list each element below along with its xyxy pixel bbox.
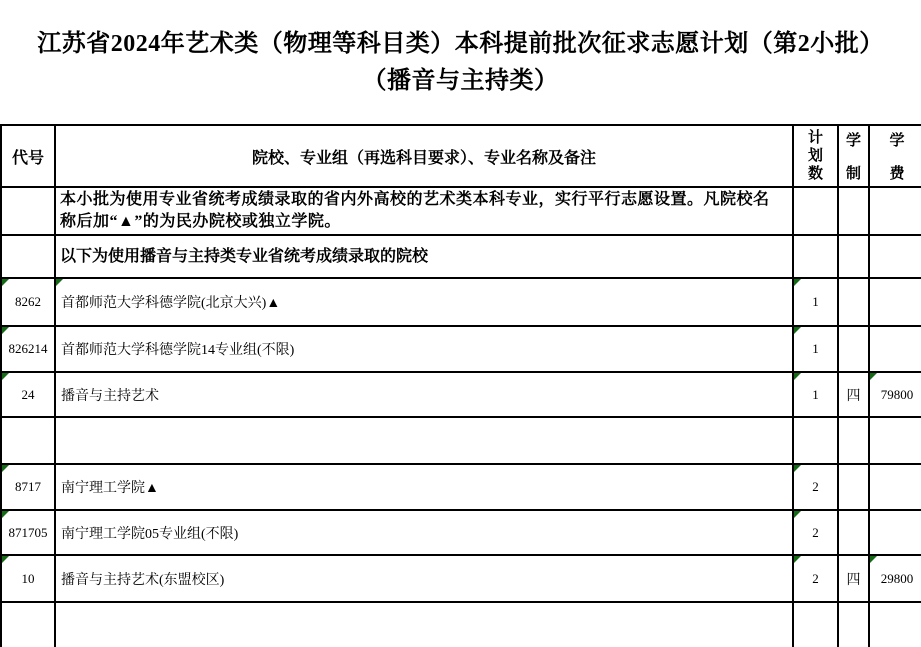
duration-cell	[838, 602, 869, 647]
code-value: 8262	[15, 294, 41, 309]
batch-note-row: 本小批为使用专业省统考成绩录取的省内外高校的艺术类本科专业，实行平行志愿设置。凡…	[1, 187, 921, 235]
duration-cell: 四	[838, 372, 869, 417]
fee-cell	[869, 602, 921, 647]
cell-flag-icon	[2, 327, 9, 334]
cell-flag-icon	[2, 279, 9, 286]
plan-cell: 2	[793, 555, 838, 602]
code-value: 826214	[9, 341, 48, 356]
cell-flag-icon	[794, 556, 801, 563]
plan-value: 1	[812, 387, 819, 402]
code-cell: 10	[1, 555, 55, 602]
cell-flag-icon	[2, 556, 9, 563]
plan-value: 2	[812, 479, 819, 494]
plan-value: 2	[812, 571, 819, 586]
plan-cell: 1	[793, 326, 838, 372]
cell-flag-icon	[794, 465, 801, 472]
code-cell: 8262	[1, 278, 55, 326]
cell-flag-icon	[794, 511, 801, 518]
fee-cell	[869, 510, 921, 555]
duration-cell	[838, 278, 869, 326]
name-cell: 播音与主持艺术(东盟校区)	[55, 555, 793, 602]
header-plan-label: 计划数	[794, 129, 837, 183]
fee-value: 79800	[881, 387, 914, 402]
plan-cell: 2	[793, 510, 838, 555]
code-cell: 24	[1, 372, 55, 417]
code-value: 24	[22, 387, 35, 402]
fee-cell	[869, 235, 921, 278]
header-main: 院校、专业组（再选科目要求）、专业名称及备注	[55, 125, 793, 187]
cell-flag-icon	[2, 511, 9, 518]
duration-cell: 四	[838, 555, 869, 602]
code-cell: 871705	[1, 510, 55, 555]
table-row: 8717 南宁理工学院▲ 2	[1, 464, 921, 510]
code-cell	[1, 417, 55, 464]
plan-value: 1	[812, 294, 819, 309]
cell-flag-icon	[2, 465, 9, 472]
plan-value: 1	[812, 341, 819, 356]
fee-cell	[869, 326, 921, 372]
duration-cell	[838, 187, 869, 235]
batch-note-cell: 本小批为使用专业省统考成绩录取的省内外高校的艺术类本科专业，实行平行志愿设置。凡…	[55, 187, 793, 235]
page-title-line2: （播音与主持类）	[0, 63, 921, 100]
fee-cell: 29800	[869, 555, 921, 602]
page-title: 江苏省2024年艺术类（物理等科目类）本科提前批次征求志愿计划（第2小批） （播…	[0, 26, 921, 100]
plan-cell: 2	[793, 464, 838, 510]
code-value: 871705	[9, 525, 48, 540]
duration-cell	[838, 326, 869, 372]
table-row	[1, 602, 921, 647]
section-note-row: 以下为使用播音与主持类专业省统考成绩录取的院校	[1, 235, 921, 278]
code-value: 10	[22, 571, 35, 586]
name-cell: 南宁理工学院▲	[55, 464, 793, 510]
code-cell: 8717	[1, 464, 55, 510]
fee-cell	[869, 187, 921, 235]
table-row: 24 播音与主持艺术 1 四 79800	[1, 372, 921, 417]
header-plan: 计划数	[793, 125, 838, 187]
section-note-cell: 以下为使用播音与主持类专业省统考成绩录取的院校	[55, 235, 793, 278]
cell-flag-icon	[2, 373, 9, 380]
page-title-line1: 江苏省2024年艺术类（物理等科目类）本科提前批次征求志愿计划（第2小批）	[0, 26, 921, 63]
name-cell: 播音与主持艺术	[55, 372, 793, 417]
duration-cell	[838, 464, 869, 510]
fee-cell: 79800	[869, 372, 921, 417]
name-cell	[55, 417, 793, 464]
duration-cell	[838, 417, 869, 464]
code-value: 8717	[15, 479, 41, 494]
duration-cell	[838, 235, 869, 278]
cell-flag-icon	[794, 279, 801, 286]
plan-cell	[793, 417, 838, 464]
table-row: 10 播音与主持艺术(东盟校区) 2 四 29800	[1, 555, 921, 602]
table-row	[1, 417, 921, 464]
header-code: 代号	[1, 125, 55, 187]
header-fee-label: 学费	[870, 129, 921, 183]
code-cell	[1, 235, 55, 278]
admission-plan-table: 代号 院校、专业组（再选科目要求）、专业名称及备注 计划数 学制 学费 本小批为…	[0, 124, 921, 647]
code-cell	[1, 187, 55, 235]
header-fee: 学费	[869, 125, 921, 187]
header-duration-label: 学制	[839, 129, 868, 183]
cell-flag-icon	[56, 279, 63, 286]
plan-cell	[793, 235, 838, 278]
cell-flag-icon	[794, 327, 801, 334]
fee-cell	[869, 464, 921, 510]
batch-note-text: 本小批为使用专业省统考成绩录取的省内外高校的艺术类本科专业，实行平行志愿设置。凡…	[60, 189, 778, 233]
plan-cell: 1	[793, 278, 838, 326]
code-cell: 826214	[1, 326, 55, 372]
name-cell	[55, 602, 793, 647]
fee-value: 29800	[881, 571, 914, 586]
fee-cell	[869, 417, 921, 464]
cell-flag-icon	[794, 373, 801, 380]
name-cell: 南宁理工学院05专业组(不限)	[55, 510, 793, 555]
name-cell: 首都师范大学科德学院(北京大兴)▲	[55, 278, 793, 326]
plan-cell: 1	[793, 372, 838, 417]
fee-cell	[869, 278, 921, 326]
header-duration: 学制	[838, 125, 869, 187]
code-cell	[1, 602, 55, 647]
plan-cell	[793, 602, 838, 647]
plan-cell	[793, 187, 838, 235]
duration-cell	[838, 510, 869, 555]
table-row: 826214 首都师范大学科德学院14专业组(不限) 1	[1, 326, 921, 372]
table-row: 871705 南宁理工学院05专业组(不限) 2	[1, 510, 921, 555]
table-header-row: 代号 院校、专业组（再选科目要求）、专业名称及备注 计划数 学制 学费	[1, 125, 921, 187]
cell-flag-icon	[870, 373, 877, 380]
table-row: 8262 首都师范大学科德学院(北京大兴)▲ 1	[1, 278, 921, 326]
cell-flag-icon	[870, 556, 877, 563]
name-value: 首都师范大学科德学院(北京大兴)▲	[61, 296, 280, 311]
name-cell: 首都师范大学科德学院14专业组(不限)	[55, 326, 793, 372]
plan-value: 2	[812, 525, 819, 540]
